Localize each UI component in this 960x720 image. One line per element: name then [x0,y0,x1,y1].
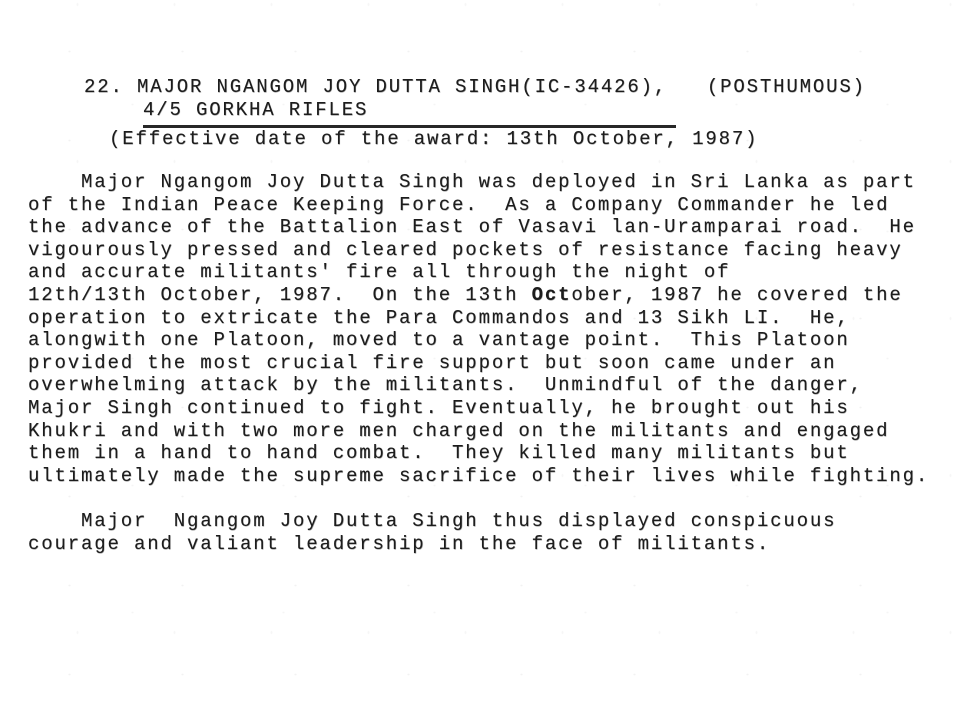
text-line: provided the most crucial fire support b… [28,352,929,375]
text-line: of the Indian Peace Keeping Force. As a … [28,194,929,217]
text-line: Khukri and with two more men charged on … [28,420,929,443]
text-line: alongwith one Platoon, moved to a vantag… [28,329,929,352]
text-line: courage and valiant leadership in the fa… [28,533,836,556]
unit-line-underlined: 4/5 GORKHA RIFLES [143,99,676,128]
text-line: overwhelming attack by the militants. Un… [28,374,929,397]
text-line: Major Ngangom Joy Dutta Singh thus displ… [28,510,836,533]
text-line: them in a hand to hand combat. They kill… [28,442,929,465]
text-line: Major Ngangom Joy Dutta Singh was deploy… [28,171,929,194]
text-line: Major Singh continued to fight. Eventual… [28,397,929,420]
citation-number-and-title: 22. MAJOR NGANGOM JOY DUTTA SINGH(IC-344… [84,76,866,99]
citation-body-paragraph: Major Ngangom Joy Dutta Singh was deploy… [28,171,929,487]
scanned-citation-page: 22. MAJOR NGANGOM JOY DUTTA SINGH(IC-344… [0,0,960,720]
text-line: ultimately made the supreme sacrifice of… [28,465,929,488]
text-line: the advance of the Battalion East of Vas… [28,216,929,239]
text-line: 12th/13th October, 1987. On the 13th Oct… [28,284,929,307]
text-line: and accurate militants' fire all through… [28,261,929,284]
effective-date-line: (Effective date of the award: 13th Octob… [109,128,758,151]
citation-closing-paragraph: Major Ngangom Joy Dutta Singh thus displ… [28,510,836,555]
text-line: operation to extricate the Para Commando… [28,307,929,330]
text-line: vigourously pressed and cleared pockets … [28,239,929,262]
